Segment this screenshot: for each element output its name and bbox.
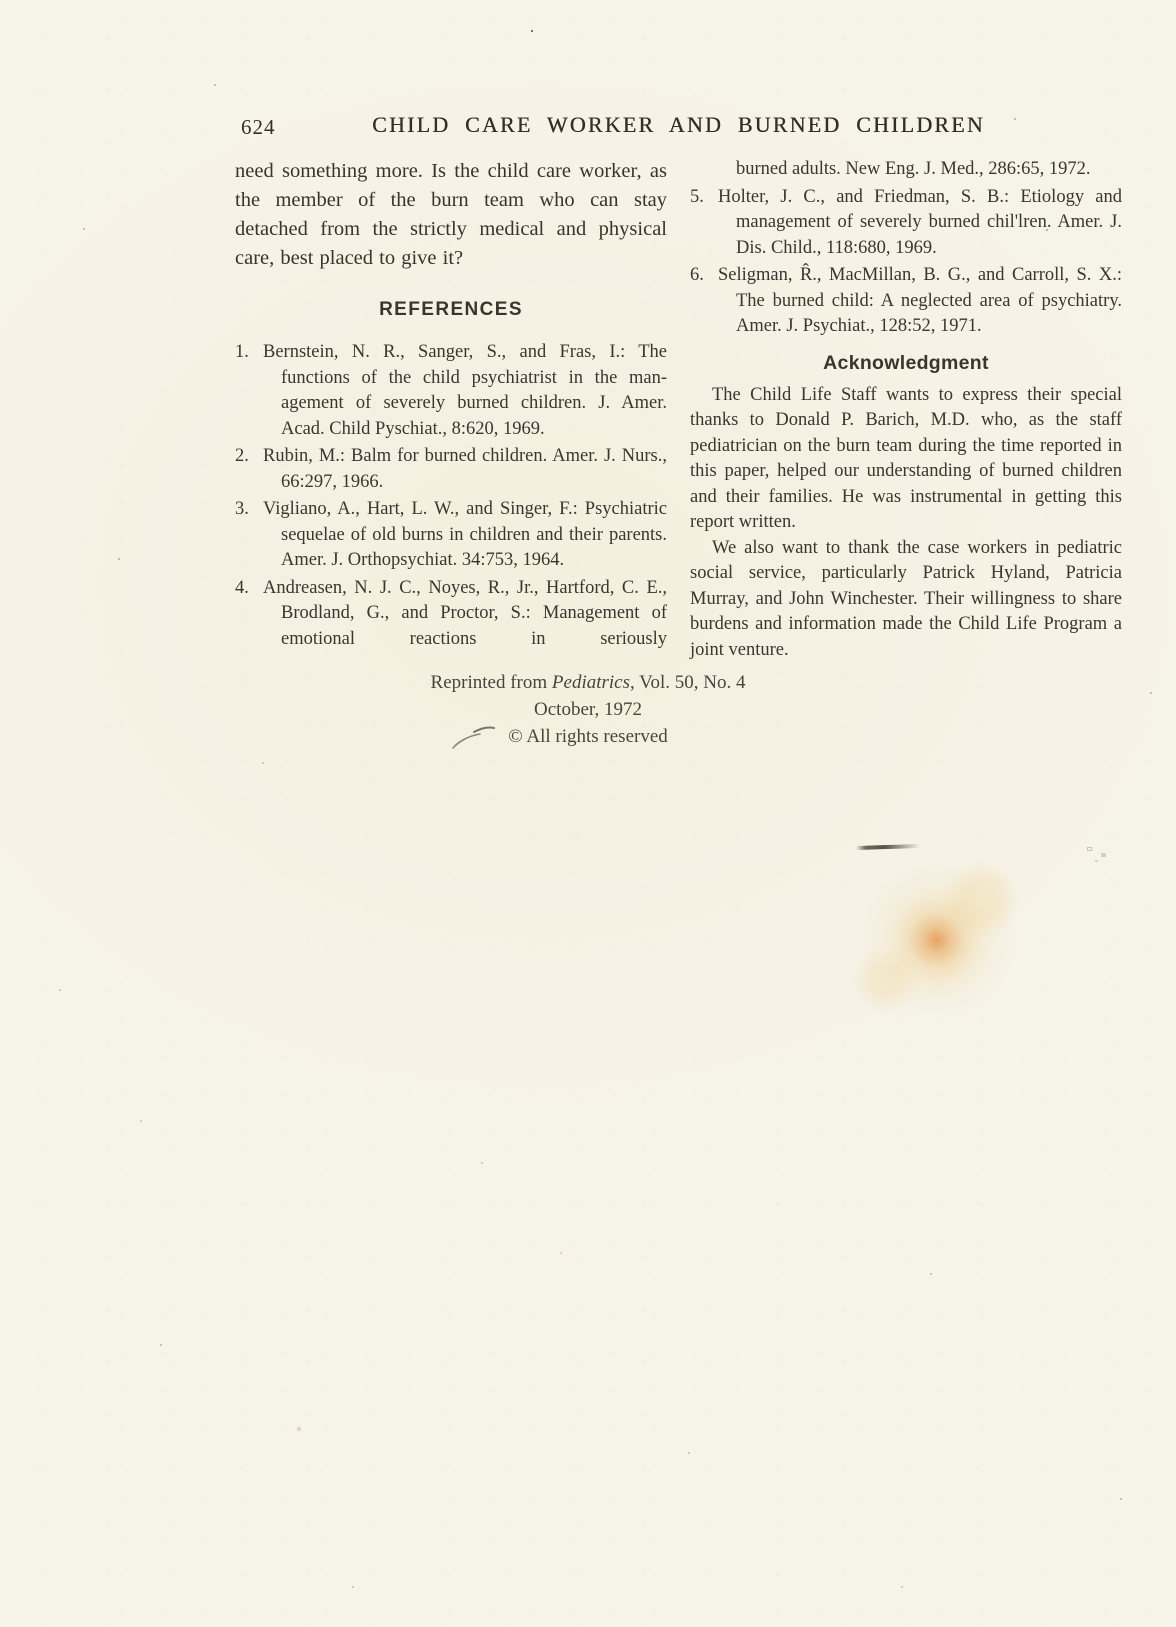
reference-item: 5.Holter, J. C., and Friedman, S. B.: Et… xyxy=(690,185,1122,262)
ref-text: Holter, J. C., and Friedman, S. B.: Etio… xyxy=(718,187,1122,258)
references-heading: REFERENCES xyxy=(235,299,667,321)
scanned-page: 624 CHILD CARE WORKER AND BURNED CHILDRE… xyxy=(0,0,1176,1627)
reference-continuation: burned adults. New Eng. J. Med., 286:65,… xyxy=(690,157,1122,183)
intro-paragraph: need something more. Is the child care w… xyxy=(235,157,667,273)
ref-text: Bernstein, N. R., Sanger, S., and Fras, … xyxy=(263,342,667,439)
acknowledgment-paragraph: We also want to thank the case workers i… xyxy=(690,536,1122,664)
left-column: need something more. Is the child care w… xyxy=(235,157,667,654)
running-title: CHILD CARE WORKER AND BURNED CHILDREN xyxy=(235,112,1122,138)
right-column: burned adults. New Eng. J. Med., 286:65,… xyxy=(690,157,1122,663)
reference-item: 6.Seligman, R̂., MacMillan, B. G., and C… xyxy=(690,263,1122,340)
reprint-date-line: October, 1972 xyxy=(0,696,1176,723)
dust-specks xyxy=(0,0,2,2)
ref-text: Andreasen, N. J. C., Noyes, R., Jr., Har… xyxy=(263,578,667,649)
ref-number: 5. xyxy=(690,185,718,211)
ref-number: 6. xyxy=(690,263,718,289)
ref-number: 1. xyxy=(235,340,263,366)
ref-number: 4. xyxy=(235,576,263,602)
reference-list: 1.Bernstein, N. R., Sanger, S., and Fras… xyxy=(235,340,667,652)
coffee-stain xyxy=(838,852,1028,1012)
reference-item: 1.Bernstein, N. R., Sanger, S., and Fras… xyxy=(235,340,667,442)
reprint-suffix: , Vol. 50, No. 4 xyxy=(630,672,745,693)
pencil-mark xyxy=(856,844,920,850)
reprint-source-line: Reprinted from Pediatrics, Vol. 50, No. … xyxy=(0,669,1176,696)
acknowledgment-paragraph: The Child Life Staff wants to express th… xyxy=(690,383,1122,536)
reprint-notice: Reprinted from Pediatrics, Vol. 50, No. … xyxy=(0,669,1176,750)
ref-number: 2. xyxy=(235,444,263,470)
ref-number: 3. xyxy=(235,497,263,523)
page-header: 624 CHILD CARE WORKER AND BURNED CHILDRE… xyxy=(235,112,1122,144)
ref-text: Vigliano, A., Hart, L. W., and Singer, F… xyxy=(263,499,667,570)
journal-name: Pediatrics xyxy=(552,672,630,693)
ref-text: Rubin, M.: Balm for burned children. Ame… xyxy=(263,446,667,492)
reference-item: 2.Rubin, M.: Balm for burned children. A… xyxy=(235,444,667,495)
reference-item: 3.Vigliano, A., Hart, L. W., and Singer,… xyxy=(235,497,667,574)
ref-text: Seligman, R̂., MacMillan, B. G., and Car… xyxy=(718,265,1122,336)
reference-list: 5.Holter, J. C., and Friedman, S. B.: Et… xyxy=(690,185,1122,340)
reference-item: 4.Andreasen, N. J. C., Noyes, R., Jr., H… xyxy=(235,576,667,653)
reprint-prefix: Reprinted from xyxy=(431,672,552,693)
acknowledgment-heading: Acknowledgment xyxy=(690,352,1122,375)
faint-scan-marks xyxy=(1088,848,1091,850)
rights-line: © All rights reserved xyxy=(0,723,1176,750)
